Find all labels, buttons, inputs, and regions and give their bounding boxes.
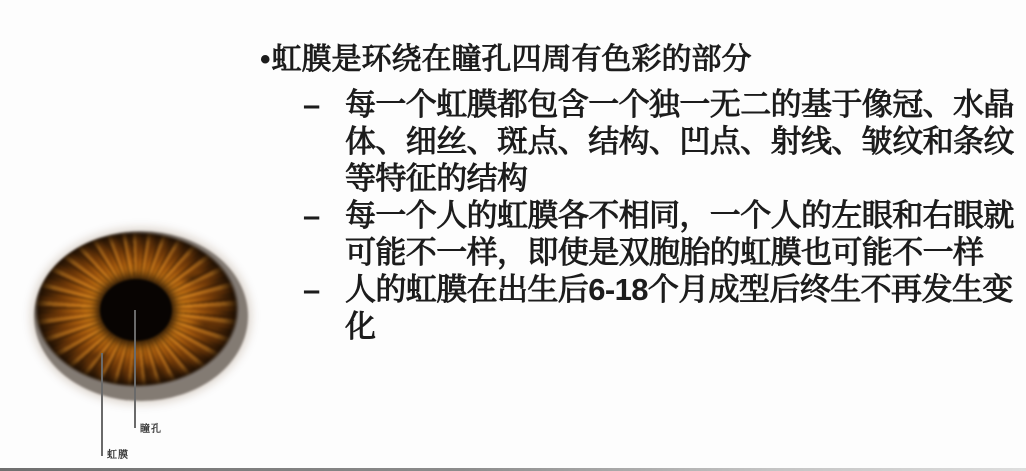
- slide-title-text: 虹膜是环绕在瞳孔四周有色彩的部分: [272, 43, 752, 76]
- iris-graphic: [33, 228, 249, 404]
- bullet-line: 等特征的结构: [345, 160, 1014, 197]
- pupil-graphic: [100, 279, 172, 341]
- dash-marker: –: [303, 86, 345, 123]
- pupil-label: 瞳孔: [140, 420, 162, 435]
- bullet-text: 人的虹膜在出生后6-18个月成型后终生不再发生变 化: [345, 271, 1013, 345]
- bullet-list: – 每一个虹膜都包含一个独一无二的基于像冠、水晶 体、细丝、斑点、结构、凹点、射…: [303, 86, 1014, 345]
- dash-marker: –: [303, 197, 345, 234]
- iris-label: 虹膜: [107, 446, 129, 461]
- bullet-item-lifelong-stable: – 人的虹膜在出生后6-18个月成型后终生不再发生变 化: [303, 271, 1014, 345]
- dash-marker: –: [303, 271, 345, 308]
- iris-pointer-line: [101, 353, 103, 456]
- bullet-marker: •: [260, 43, 271, 76]
- iris-photo-figure: [33, 228, 249, 404]
- bullet-line: 每一个虹膜都包含一个独一无二的基于像冠、水晶: [345, 86, 1014, 123]
- bullet-line: 化: [345, 308, 1013, 345]
- bullet-item-all-different: – 每一个人的虹膜各不相同，一个人的左眼和右眼就 可能不一样，即使是双胞胎的虹膜…: [303, 197, 1014, 271]
- bullet-line: 体、细丝、斑点、结构、凹点、射线、皱纹和条纹: [345, 123, 1014, 160]
- presentation-slide: •虹膜是环绕在瞳孔四周有色彩的部分 – 每一个虹膜都包含一个独一无二的基于像冠、…: [0, 0, 1026, 471]
- bullet-line: 人的虹膜在出生后6-18个月成型后终生不再发生变: [345, 271, 1013, 308]
- pupil-pointer-line: [134, 310, 136, 428]
- slide-title: •虹膜是环绕在瞳孔四周有色彩的部分: [260, 42, 752, 78]
- bullet-line: 可能不一样，即使是双胞胎的虹膜也可能不一样: [345, 234, 1014, 271]
- bullet-item-unique-structure: – 每一个虹膜都包含一个独一无二的基于像冠、水晶 体、细丝、斑点、结构、凹点、射…: [303, 86, 1014, 197]
- bullet-text: 每一个虹膜都包含一个独一无二的基于像冠、水晶 体、细丝、斑点、结构、凹点、射线、…: [345, 86, 1014, 197]
- bullet-text: 每一个人的虹膜各不相同，一个人的左眼和右眼就 可能不一样，即使是双胞胎的虹膜也可…: [345, 197, 1014, 271]
- bullet-line: 每一个人的虹膜各不相同，一个人的左眼和右眼就: [345, 197, 1014, 234]
